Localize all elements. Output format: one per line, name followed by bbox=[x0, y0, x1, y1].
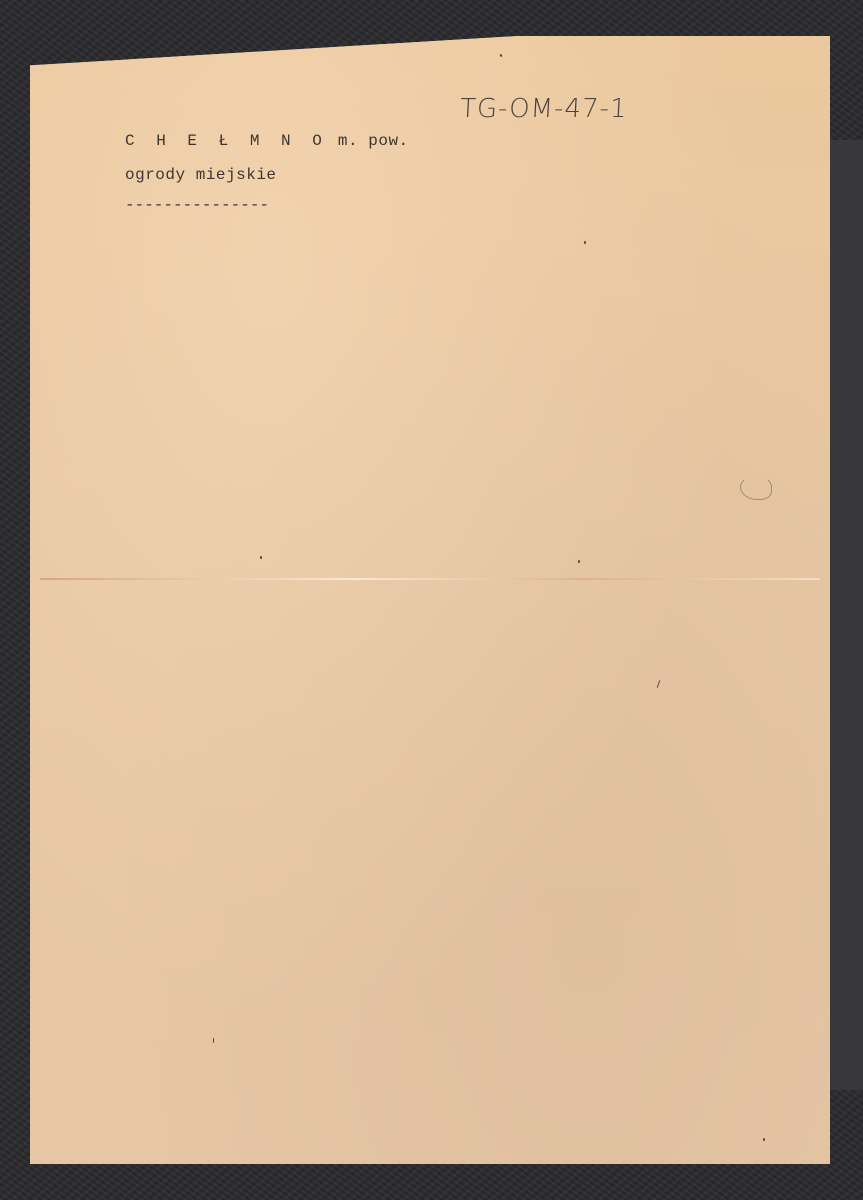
archive-code: TG-OM-47-1 bbox=[459, 94, 628, 124]
speck bbox=[260, 556, 262, 559]
pencil-mark bbox=[740, 476, 772, 500]
district-label: m. pow. bbox=[328, 132, 409, 150]
speck bbox=[584, 241, 586, 244]
background-board bbox=[830, 140, 863, 1090]
fold-crease bbox=[40, 578, 820, 580]
separator-line: --------------- bbox=[125, 196, 269, 214]
speck bbox=[763, 1138, 765, 1141]
speck bbox=[578, 560, 580, 563]
document-page: TG-OM-47-1 C H E Ł M N O m. pow. ogrody … bbox=[30, 36, 830, 1164]
speck bbox=[657, 680, 661, 688]
header-line-1: C H E Ł M N O m. pow. bbox=[125, 132, 409, 150]
speck bbox=[499, 54, 502, 58]
speck bbox=[213, 1038, 214, 1043]
town-name: C H E Ł M N O bbox=[125, 132, 328, 150]
header-line-2: ogrody miejskie bbox=[125, 166, 277, 184]
